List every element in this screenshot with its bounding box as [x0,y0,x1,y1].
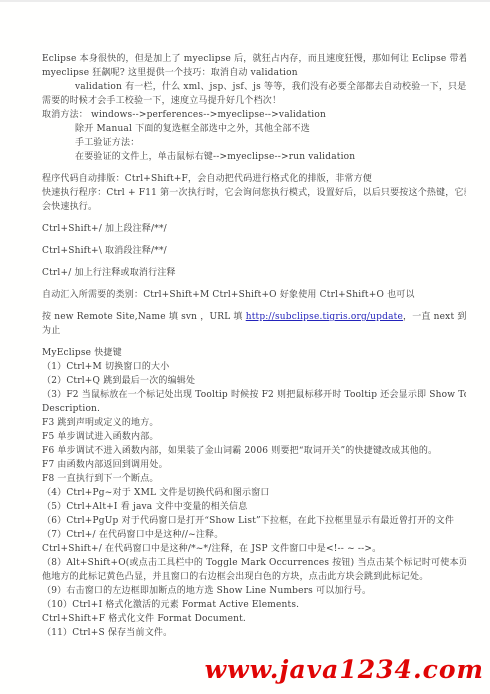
text-line: myeclipse 狂飙呢? 这里提供一个技巧：取消自动 validation [42,66,466,80]
text-line: （8）Alt+Shift+O(或点击工具栏中的 Toggle Mark Occu… [42,556,466,570]
text-run: MyEclipse 快捷键 [42,348,122,358]
text-run: Eclipse 本身很快的，但是加上了 myeclipse 后，就狂占内存，而且… [42,54,466,64]
text-line: 需要的时候才会手工校验一下，速度立马提升好几个档次！ [42,94,466,108]
text-line: 手工验证方法： [42,136,466,150]
text-line: Ctrl+Shift+F 格式化文件 Format Document. [42,612,466,626]
text-run: validation 有一栏，什么 xml、jsp、jsf、js 等等，我们没有… [75,82,466,92]
text-run: Ctrl+Shift+F 格式化文件 Format Document. [42,614,246,624]
java1234-watermark: www.java1234.com [205,655,484,684]
text-run: （1）Ctrl+M 切换窗口的大小 [42,362,169,372]
text-run: F7 由函数内部返回到调用处。 [42,460,168,470]
text-line: 他地方的此标记黄色凸显，并且窗口的右边框会出现白色的方块，点击此方块会跳到此标记… [42,570,466,584]
text-line: F3 跳到声明或定义的地方。 [42,416,466,430]
text-run: Ctrl+Shift+/ 加上段注释/**/ [42,224,167,234]
text-run: （10）Ctrl+I 格式化激活的元素 Format Active Elemen… [42,600,299,610]
text-run: 自动汇入所需要的类别：Ctrl+Shift+M Ctrl+Shift+O 好象使… [42,290,415,300]
document-page: Eclipse 本身很快的，但是加上了 myeclipse 后，就狂占内存，而且… [0,0,490,694]
text-run: 会快速执行。 [42,202,97,212]
text-line: （4）Ctrl+Pg~对于 XML 文件是切换代码和图示窗口 [42,486,466,500]
subclipse-update-link[interactable]: http://subclipse.tigris.org/update [246,312,403,322]
text-line: （7）Ctrl+/ 在代码窗口中是这种//~注释。 [42,528,466,542]
text-line: （6）Ctrl+PgUp 对于代码窗口是打开“Show List”下拉框，在此下… [42,514,466,528]
text-run: （8）Alt+Shift+O(或点击工具栏中的 Toggle Mark Occu… [42,558,466,568]
text-run: （9）右击窗口的左边框即加断点的地方选 Show Line Numbers 可以… [42,586,371,596]
document-lines: Eclipse 本身很快的，但是加上了 myeclipse 后，就狂占内存，而且… [42,52,466,640]
text-line: （3）F2 当鼠标放在一个标记处出现 Tooltip 时候按 F2 则把鼠标移开… [42,388,466,402]
text-run: Description. [42,404,100,414]
text-run: F8 一直执行到下一个断点。 [42,474,159,484]
text-run: 程序代码自动排版：Ctrl+Shift+F，会自动把代码进行格式化的排版，非常方… [42,174,372,184]
text-line: F8 一直执行到下一个断点。 [42,472,466,486]
text-run: （6）Ctrl+PgUp 对于代码窗口是打开“Show List”下拉框，在此下… [42,516,454,526]
text-run: （11）Ctrl+S 保存当前文件。 [42,628,172,638]
text-line: 按 new Remote Site,Name 填 svn ，URL 填 http… [42,310,466,324]
text-line: 会快速执行。 [42,200,466,214]
text-run: Ctrl+/ 加上行注释或取消行注释 [42,268,176,278]
text-run: （4）Ctrl+Pg~对于 XML 文件是切换代码和图示窗口 [42,488,270,498]
text-run: （5）Ctrl+Alt+I 看 java 文件中变量的相关信息 [42,502,247,512]
text-line: F7 由函数内部返回到调用处。 [42,458,466,472]
text-run: 按 new Remote Site,Name 填 svn ，URL 填 [42,312,246,322]
text-line: （1）Ctrl+M 切换窗口的大小 [42,360,466,374]
text-line: Ctrl+/ 加上行注释或取消行注释 [42,266,466,280]
text-run: Ctrl+Shift+\ 取消段注释/**/ [42,246,167,256]
text-run: myeclipse 狂飙呢? 这里提供一个技巧：取消自动 validation [42,68,298,78]
text-run: 手工验证方法： [75,138,139,148]
text-run: 在要验证的文件上，单击鼠标右键-->myeclipse-->run valida… [75,152,355,162]
text-line: 取消方法： windows-->perferences-->myeclipse-… [42,108,466,122]
text-run: 为止 [42,326,60,336]
text-run: 取消方法： windows-->perferences-->myeclipse-… [42,110,326,120]
document-content: Eclipse 本身很快的，但是加上了 myeclipse 后，就狂占内存，而且… [42,52,466,640]
text-line: （5）Ctrl+Alt+I 看 java 文件中变量的相关信息 [42,500,466,514]
text-run: F5 单步调试进入函数内部。 [42,432,159,442]
text-run: （2）Ctrl+Q 跳到最后一次的编辑处 [42,376,195,386]
text-line: Ctrl+Shift+/ 在代码窗口中是这种/*~*/注释，在 JSP 文件窗口… [42,542,466,556]
text-line: （9）右击窗口的左边框即加断点的地方选 Show Line Numbers 可以… [42,584,466,598]
text-line: 为止 [42,324,466,338]
text-line: F5 单步调试进入函数内部。 [42,430,466,444]
text-run: F6 单步调试不进入函数内部，如果装了金山词霸 2006 则要把“取词开关”的快… [42,446,437,456]
text-line: （11）Ctrl+S 保存当前文件。 [42,626,466,640]
text-line: （2）Ctrl+Q 跳到最后一次的编辑处 [42,374,466,388]
text-line: 在要验证的文件上，单击鼠标右键-->myeclipse-->run valida… [42,150,466,164]
text-run: （7）Ctrl+/ 在代码窗口中是这种//~注释。 [42,530,223,540]
text-line: Ctrl+Shift+/ 加上段注释/**/ [42,222,466,236]
text-run: 快速执行程序：Ctrl + F11 第一次执行时，它会询问您执行模式，设置好后，… [42,188,466,198]
text-line: Eclipse 本身很快的，但是加上了 myeclipse 后，就狂占内存，而且… [42,52,466,66]
text-run: F3 跳到声明或定义的地方。 [42,418,159,428]
text-line: 程序代码自动排版：Ctrl+Shift+F，会自动把代码进行格式化的排版，非常方… [42,172,466,186]
text-run: 他地方的此标记黄色凸显，并且窗口的右边框会出现白色的方块，点击此方块会跳到此标记… [42,572,428,582]
text-line: Description. [42,402,466,416]
text-line: 除开 Manual 下面的复选框全部选中之外，其他全部不选 [42,122,466,136]
text-run: ，一直 next 到 finished [403,312,466,322]
text-line: 自动汇入所需要的类别：Ctrl+Shift+M Ctrl+Shift+O 好象使… [42,288,466,302]
text-run: 除开 Manual 下面的复选框全部选中之外，其他全部不选 [75,124,310,134]
text-run: Ctrl+Shift+/ 在代码窗口中是这种/*~*/注释，在 JSP 文件窗口… [42,544,381,554]
text-line: validation 有一栏，什么 xml、jsp、jsf、js 等等，我们没有… [42,80,466,94]
text-run: （3）F2 当鼠标放在一个标记处出现 Tooltip 时候按 F2 则把鼠标移开… [42,390,466,400]
text-line: 快速执行程序：Ctrl + F11 第一次执行时，它会询问您执行模式，设置好后，… [42,186,466,200]
text-line: F6 单步调试不进入函数内部，如果装了金山词霸 2006 则要把“取词开关”的快… [42,444,466,458]
text-run: 需要的时候才会手工校验一下，速度立马提升好几个档次！ [42,96,281,106]
text-line: Ctrl+Shift+\ 取消段注释/**/ [42,244,466,258]
text-line: MyEclipse 快捷键 [42,346,466,360]
text-line: （10）Ctrl+I 格式化激活的元素 Format Active Elemen… [42,598,466,612]
